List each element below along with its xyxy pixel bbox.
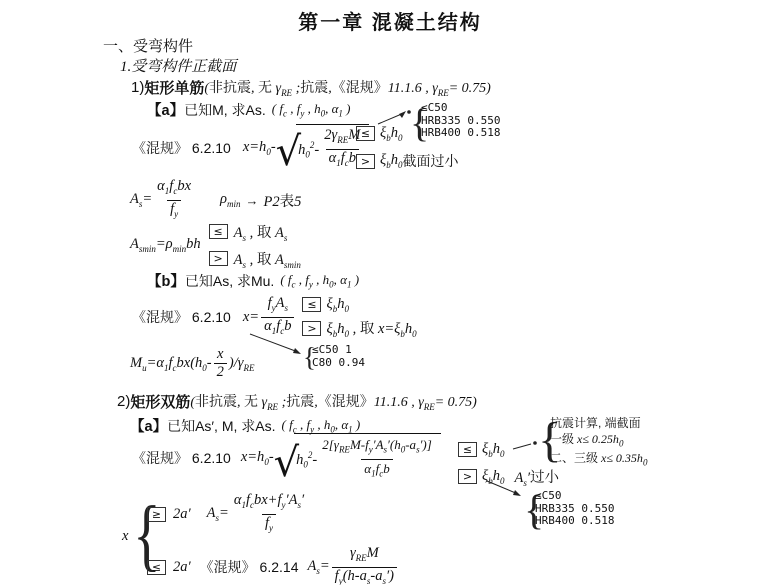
fraction: α1fcbx fy: [154, 178, 194, 223]
pointer-arrow-alpha1: [248, 330, 306, 358]
branch-gt: > ξbh0 , 取 x=ξbh0: [302, 317, 416, 339]
radicand-head: h02-: [298, 140, 319, 160]
grade-note-2: ≤C50 HRB335 0.550 HRB400 0.518: [535, 490, 614, 528]
item1-conditions: (非抗震, 无 γRE ;抗震,《混规》11.1.6 , γRE= 0.75): [204, 77, 490, 98]
fraction: 2[γREM-fy′As′(h0-as′)] α1fcb: [319, 436, 435, 482]
x-branches: ≤ ξbh0 > ξbh0 , 取 x=ξbh0: [302, 296, 416, 340]
grade-note-1: ≤C50 HRB335 0.550 HRB400 0.518: [421, 102, 500, 140]
asmin-branches: ≤ As , 取 As > As , 取 Asmin: [209, 221, 301, 270]
numerator: γREM: [347, 545, 382, 567]
case-1a-tag: 【a】: [147, 99, 184, 120]
rho-table-ref: P2表5: [263, 190, 301, 211]
condition-le-xib: ≤ ξbh0: [356, 125, 402, 143]
case-1a-params: ( fc , fy , h0, α1 ): [272, 101, 351, 119]
grade-note-line: ≤C50: [421, 102, 500, 115]
case-1b-text: 已知As, 求Mu.: [185, 271, 274, 291]
item1-number: 1): [131, 79, 144, 96]
asmin-lhs: Asmin=ρminbh: [130, 236, 201, 254]
numerator: α1fcbx: [154, 178, 194, 200]
item2-number: 2): [117, 393, 130, 410]
alpha1-note: ≤C50 1 C80 0.94: [312, 344, 365, 369]
xib-h0-take: ξbh0 , 取 x=ξbh0: [326, 317, 416, 339]
code-ref: 《混规》 6.2.10: [132, 138, 231, 158]
gt-box: >: [209, 251, 228, 266]
gt-box: >: [356, 154, 375, 169]
grade-note-line: HRB400 0.518: [421, 127, 500, 140]
grade-note-line: ≤C50: [535, 490, 614, 503]
fraction: γREM fy(h-as-as′): [332, 545, 397, 585]
code-ref: 《混规》 6.2.14: [200, 557, 299, 577]
section-heading-flexural: 一、受弯构件: [103, 35, 193, 56]
case-1b-tag: 【b】: [147, 270, 185, 291]
formula-mu: Mu=α1fcbx(h0- x 2 )/γRE: [130, 346, 254, 381]
formula-asmin: Asmin=ρminbh ≤ As , 取 As > As , 取 Asmin: [130, 221, 301, 270]
as-lhs: As=: [207, 505, 229, 523]
as-lhs: As=: [130, 191, 152, 209]
page-title: 第一章 混凝土结构: [0, 6, 780, 35]
xib-h0: ξbh0: [380, 152, 402, 170]
x-branch-label: x: [122, 528, 128, 545]
branch-le: ≤ ξbh0: [302, 296, 416, 314]
le-box: ≤: [209, 224, 228, 239]
le-box: ≤: [458, 442, 477, 457]
denominator: 2: [214, 363, 227, 381]
xib-h0: ξbh0: [326, 296, 348, 314]
case-1b-params: ( fc , fy , h0, α1 ): [280, 272, 359, 290]
numerator: x: [214, 346, 226, 363]
seismic-note-line: 二、三级 x≤ 0.35h0: [550, 451, 647, 471]
condition-le-xib-2: ≤ ξbh0: [458, 441, 504, 459]
formula-x-double: 《混规》 6.2.10 x=h0- √ h02- 2[γREM-fy′As′(h…: [132, 436, 441, 480]
asmin-le-text: As , 取 As: [234, 221, 288, 243]
right-arrow-icon: →: [245, 193, 258, 208]
case-2a-text: 已知As′, M, 求As.: [167, 416, 275, 436]
alpha1-note-line: ≤C50 1: [312, 344, 365, 357]
formula-as: As= α1fcbx fy ρmin → P2表5: [130, 178, 301, 223]
denominator: fy(h-as-as′): [332, 567, 397, 585]
two-a-prime: 2a′: [173, 559, 191, 576]
case-1a-heading: 【a】 已知M, 求As. ( fc , fy , h0, α1 ): [147, 99, 351, 120]
code-ref: 《混规》 6.2.10: [132, 307, 231, 327]
xib-h0: ξbh0: [482, 441, 504, 459]
rho-min: ρmin: [220, 191, 240, 209]
asmin-branch-gt: > As , 取 Asmin: [209, 248, 301, 270]
code-ref: 《混规》 6.2.10: [132, 448, 231, 468]
item2-title: 矩形双筋: [130, 391, 190, 412]
sqrt-body: h02- 2[γREM-fy′As′(h0-as′)] α1fcb: [294, 433, 441, 482]
denominator: α1fcb: [361, 459, 392, 483]
asmin-branch-le: ≤ As , 取 As: [209, 221, 301, 243]
as-lhs: As=: [308, 558, 330, 576]
item1-heading: 1) 矩形单筋 (非抗震, 无 γRE ;抗震,《混规》11.1.6 , γRE…: [131, 77, 491, 98]
fraction: x 2: [214, 346, 227, 381]
seismic-note: 抗震计算, 端截面 一级 x≤ 0.25h0 二、三级 x≤ 0.35h0: [550, 416, 647, 471]
denominator: α1fcb: [326, 149, 359, 172]
item2-heading: 2) 矩形双筋 (非抗震, 无 γRE ;抗震,《混规》11.1.6 , γRE…: [117, 391, 477, 412]
denominator: fy: [262, 514, 276, 537]
formula-x-single: 《混规》 6.2.10 x=h0- √ h02- 2γREM α1fcb: [132, 126, 369, 170]
le-box: ≤: [147, 560, 166, 575]
condition-gt-xib: > ξbh0 截面过小: [356, 151, 458, 171]
ge-box: ≥: [147, 507, 166, 522]
two-a-prime: 2a′: [173, 506, 191, 523]
pointer-arrow-3: [484, 479, 526, 501]
document-page: 第一章 混凝土结构 一、受弯构件 1.受弯构件正截面 1) 矩形单筋 (非抗震,…: [0, 0, 780, 585]
seismic-note-line: 抗震计算, 端截面: [550, 416, 647, 432]
asmin-gt-text: As , 取 Asmin: [234, 248, 301, 270]
mu-lhs: Mu=α1fcbx(h0-: [130, 355, 212, 373]
branch-x-gt-2a: ≥ 2a′ As= α1fcbx+fy′As′ fy: [147, 492, 309, 537]
le-box: ≤: [356, 126, 375, 141]
subsection-heading-normal-section: 1.受弯构件正截面: [120, 55, 236, 76]
denominator: fy: [167, 200, 181, 223]
numerator: α1fcbx+fy′As′: [231, 492, 307, 514]
section-too-small-note: 截面过小: [402, 151, 458, 171]
case-2a-params: ( fc , fy , h0, α1 ): [282, 417, 361, 435]
radicand-head: h02-: [296, 450, 317, 470]
x-equals: x=h0-: [241, 449, 274, 467]
item2-conditions: (非抗震, 无 γRE ;抗震,《混规》11.1.6 , γRE= 0.75): [190, 391, 476, 412]
item1-title: 矩形单筋: [144, 77, 204, 98]
xib-h0: ξbh0: [380, 125, 402, 143]
x-equals: x=: [243, 309, 259, 326]
case-2a-tag: 【a】: [130, 415, 167, 436]
x-equals: x=h0-: [243, 139, 276, 157]
sqrt-group: √ h02- 2[γREM-fy′As′(h0-as′)] α1fcb: [274, 433, 441, 482]
alpha1-note-line: C80 0.94: [312, 357, 365, 370]
grade-note-line: HRB400 0.518: [535, 515, 614, 528]
numerator: fyAs: [265, 295, 291, 317]
le-box: ≤: [302, 297, 321, 312]
pointer-line-2: [512, 439, 540, 453]
branch-x-le-2a: ≤ 2a′ 《混规》 6.2.14 As= γREM fy(h-as-as′): [147, 545, 399, 585]
seismic-note-line: 一级 x≤ 0.25h0: [550, 432, 647, 452]
numerator: 2[γREM-fy′As′(h0-as′)]: [319, 436, 435, 459]
case-1b-heading: 【b】 已知As, 求Mu. ( fc , fy , h0, α1 ): [147, 270, 359, 291]
fraction: α1fcbx+fy′As′ fy: [231, 492, 307, 537]
gt-box: >: [458, 469, 477, 484]
case-1a-text: 已知M, 求As.: [184, 100, 266, 120]
